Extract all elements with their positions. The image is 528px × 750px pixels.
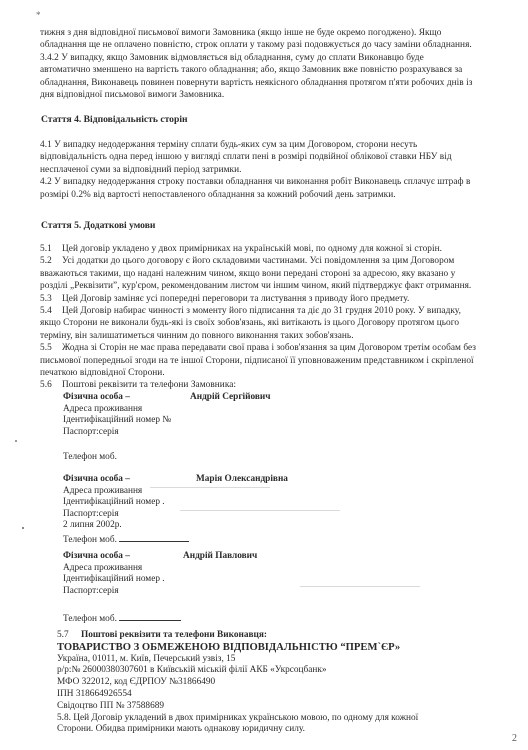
scan-mark: *	[36, 10, 41, 20]
executor-heading: 5.7Поштові реквізити та телефони Виконав…	[57, 630, 497, 642]
phone-field: Телефон моб.	[63, 452, 363, 464]
article4-heading: Стаття 4. Відповідальність сторін	[41, 114, 188, 126]
tax-id-field: Ідентифікаційний номер .	[63, 574, 363, 586]
executor-mfo: МФО 322012, код ЄДРПОУ №31866490	[57, 677, 497, 689]
executor-address: Україна, 01011, м. Київ, Печерський узві…	[57, 654, 497, 666]
tax-id-field: Ідентифікаційний номер №	[63, 415, 363, 427]
tax-id-field: Ідентифікаційний номер .	[63, 497, 383, 509]
blank-line	[63, 597, 363, 609]
address-field: Адреса проживання	[63, 404, 363, 416]
passport-field: Паспорт:серія	[63, 427, 363, 439]
redaction-smudge	[150, 487, 270, 488]
clause-5-5: 5.5Жодна зі Сторін не має права передава…	[40, 342, 502, 354]
text-line: відповідальність одна перед іншою у вигл…	[40, 151, 502, 163]
customer-block-1: Фізична особа – Андрій Сергійович Адреса…	[63, 392, 363, 463]
text-line: якщо Сторони не виконали будь-які із сво…	[40, 317, 502, 329]
passport-field: Паспорт:серія	[63, 586, 363, 598]
text-line: несплаченої суми за відповідний період з…	[40, 164, 502, 176]
customer-name: Андрій Павлович	[183, 551, 257, 563]
phone-field: Телефон моб.	[63, 535, 117, 545]
article4-body: 4.1 У випадку недодержання терміну сплат…	[40, 139, 502, 201]
text-line: 4.2 У випадку недодержання строку постав…	[40, 176, 502, 188]
article5-heading: Стаття 5. Додаткові умови	[41, 220, 155, 232]
document-page: * тижня з дня відповідної письмової вимо…	[0, 0, 528, 750]
executor-ipn: ІПН 318664926554	[57, 689, 497, 701]
executor-block: 5.7Поштові реквізити та телефони Виконав…	[57, 630, 497, 736]
executor-company: ТОВАРИСТВО З ОБМЕЖЕНОЮ ВІДПОВІДАЛЬНІСТЮ …	[57, 642, 497, 654]
executor-certificate: Свідоцтво ПП № 37588689	[57, 701, 497, 713]
customer-name: Марія Олександрівна	[196, 474, 288, 486]
redaction-smudge	[180, 510, 340, 511]
phone-row: Телефон моб.	[63, 611, 363, 626]
clause-5-8-line: 5.8. Цей Договір укладений в двох примір…	[57, 713, 497, 725]
text-line: обладнання ще не оплачено повністю, стро…	[40, 39, 502, 51]
address-field: Адреса проживання	[63, 563, 363, 575]
text-line: 4.1 У випадку недодержання терміну сплат…	[40, 139, 502, 151]
text-line: терміну, він залишатиметься чинним до по…	[40, 330, 502, 342]
clause-5-8-line: Сторони. Обидва примірники мають однаков…	[57, 724, 497, 736]
blank-line	[63, 438, 363, 450]
text-line: печаткою відповідної Сторони.	[40, 367, 502, 379]
executor-account: р/р:№ 26000380307601 в Київській міській…	[57, 665, 497, 677]
text-line: розділі „Реквізити”, кур'єром, рекомендо…	[40, 280, 502, 292]
clause-5-2: 5.2Усі додатки до цього договору є його …	[40, 255, 502, 267]
clause-5-6: 5.6Поштові реквізити та телефони Замовни…	[40, 379, 502, 391]
text-line: автоматично зменшено на вартість такого …	[40, 64, 502, 76]
text-line: розмірі 0.2% від вартості непоставленого…	[40, 189, 502, 201]
text-line: тижня з дня відповідної письмової вимоги…	[40, 27, 502, 39]
scan-dot	[15, 440, 17, 442]
intro-paragraph: тижня з дня відповідної письмової вимоги…	[40, 27, 502, 101]
text-line: дня відповідної письмової вимоги Замовни…	[40, 89, 502, 101]
phone-underline	[119, 611, 181, 621]
phone-underline	[119, 532, 189, 542]
customer-block-3: Фізична особа – Андрій Павлович Адреса п…	[63, 551, 363, 625]
clause-5-4: 5.4Цей Договір набирає чинності з момент…	[40, 305, 502, 317]
phone-field: Телефон моб.	[63, 614, 117, 624]
customer-name: Андрій Сергійович	[190, 392, 271, 404]
text-line: вважаються такими, що надані належним чи…	[40, 268, 502, 280]
article5-body: 5.1Цей договір укладено у двох примірник…	[40, 243, 502, 392]
text-line: письмової попередньої згоди на те іншої …	[40, 355, 502, 367]
clause-5-1: 5.1Цей договір укладено у двох примірник…	[40, 243, 502, 255]
clause-5-3: 5.3Цей Договір заміняє усі попередні пер…	[40, 293, 502, 305]
passport-date: 2 липня 2002р.	[63, 520, 383, 532]
text-line: обладнання, Виконавець повинен повернути…	[40, 77, 502, 89]
redaction-smudge	[300, 586, 420, 587]
page-number: 2	[512, 733, 517, 744]
phone-row: Телефон моб.	[63, 532, 383, 547]
text-line: 3.4.2 У випадку, якщо Замовник відмовляє…	[40, 52, 502, 64]
scan-dot	[22, 527, 24, 529]
